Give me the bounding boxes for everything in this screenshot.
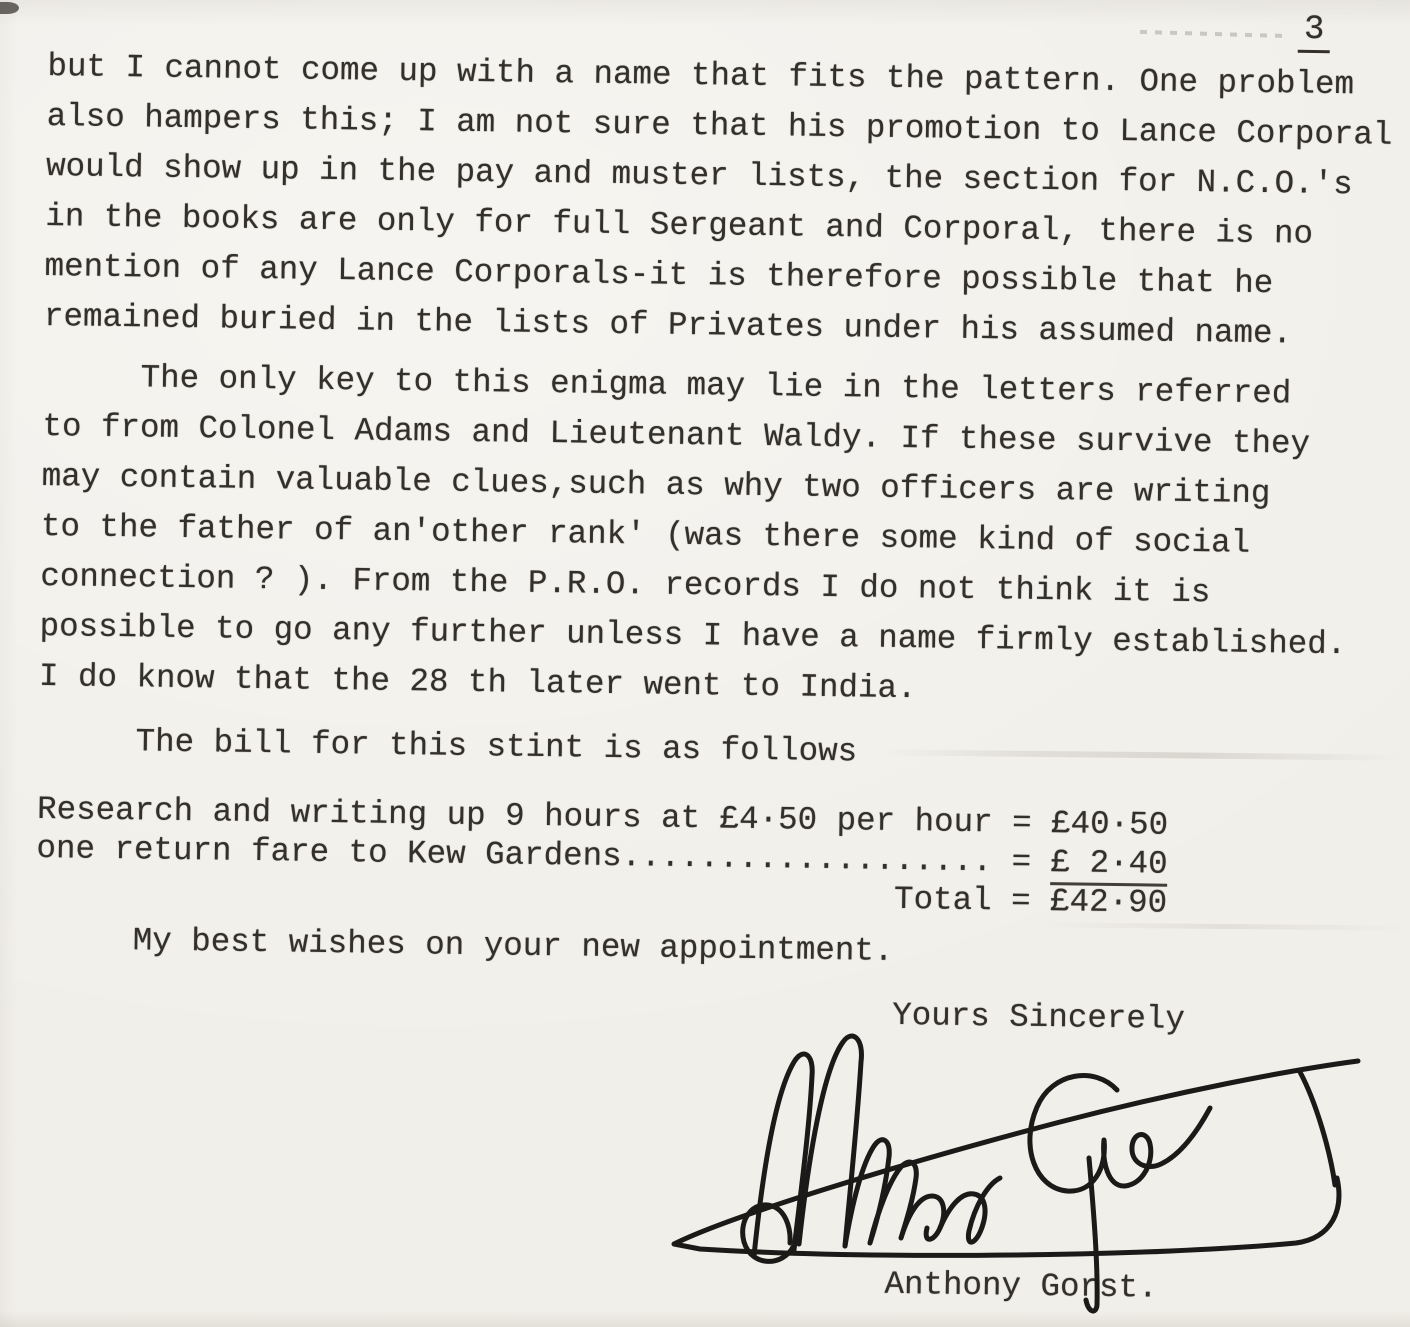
scanned-letter-page: 3 but I cannot come up with a name that …: [0, 0, 1410, 1327]
paragraph-1: but I cannot come up with a name that fi…: [44, 28, 1410, 361]
bill-amount-underlined: £ 2·40: [1050, 844, 1168, 887]
scan-corner-artifact: [0, 2, 19, 14]
bill-section: Research and writing up 9 hours at £4·50…: [36, 790, 1408, 926]
text-line: The bill for this stint is as follows: [38, 716, 1409, 785]
bill-amount: £42·90: [1050, 883, 1168, 922]
paragraph-2: The only key to this enigma may lie in t…: [39, 352, 1410, 721]
text-line: My best wishes on your new appointment.: [35, 915, 1406, 984]
valediction: Yours Sincerely: [892, 991, 1405, 1048]
scan-smudge: [1140, 30, 1290, 38]
bill-amount: £40·50: [1051, 805, 1169, 844]
paragraph-wishes: My best wishes on your new appointment.: [35, 915, 1406, 984]
typed-signature-name: Anthony Gorst.: [884, 1260, 1401, 1317]
paragraph-bill-intro: The bill for this stint is as follows: [38, 716, 1409, 785]
letter-body: but I cannot come up with a name that fi…: [30, 28, 1410, 1317]
